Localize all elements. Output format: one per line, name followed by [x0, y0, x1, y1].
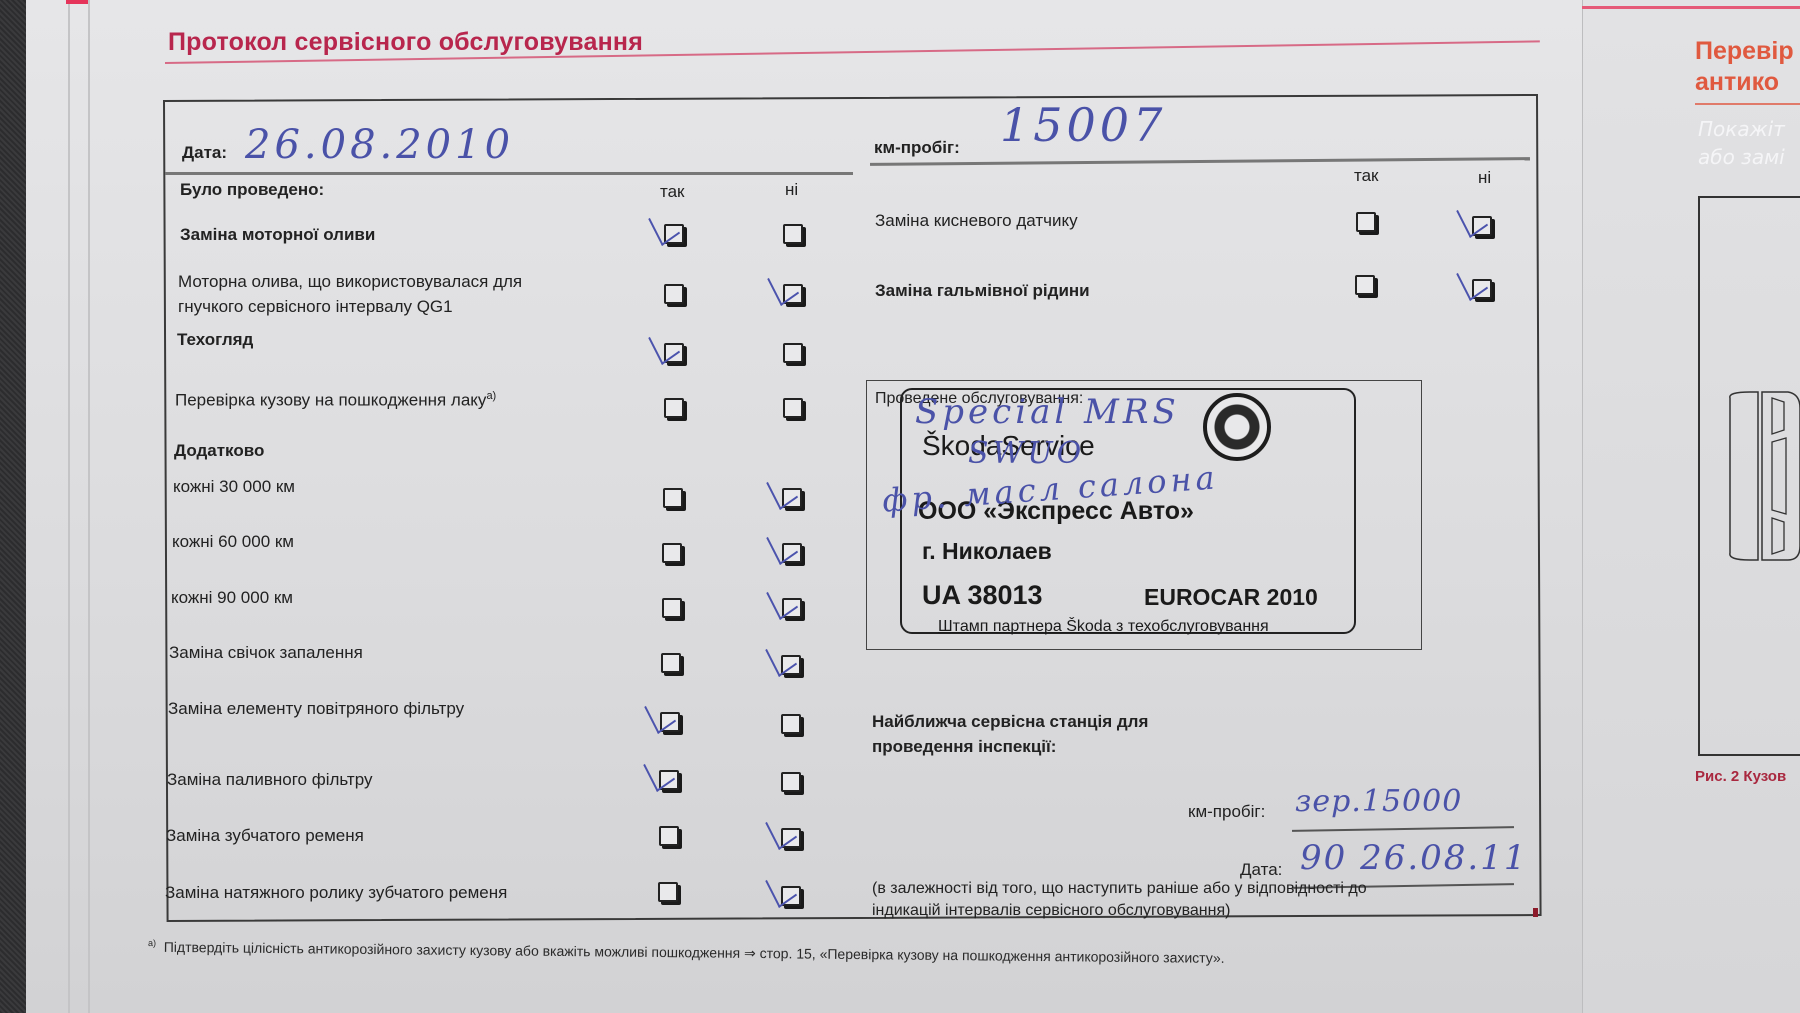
checkbox-qg1-oil-no[interactable]	[783, 284, 803, 304]
item-fuel-filter: Заміна паливного фільтру	[167, 770, 372, 790]
checkbox-tensioner-no[interactable]	[781, 886, 801, 906]
checkbox-30000-no[interactable]	[782, 488, 802, 508]
checkbox-tensioner-yes[interactable]	[658, 882, 678, 902]
col-no-header-right: ні	[1478, 168, 1491, 188]
checkbox-60000-no[interactable]	[782, 543, 802, 563]
checkbox-engine-oil-yes[interactable]	[664, 224, 684, 244]
item-air-filter: Заміна елементу повітряного фільтру	[168, 699, 464, 719]
next-date-label: Дата:	[1240, 860, 1282, 880]
red-tab	[66, 0, 88, 4]
handwritten-note-2: SWUO	[968, 436, 1085, 471]
item-body-paint-check-text: Перевірка кузову на пошкодження лаку	[175, 391, 486, 410]
right-intro-line1: Покажіт	[1698, 115, 1785, 143]
performed-heading: Було проведено:	[180, 180, 324, 200]
mileage-label: км-пробіг:	[874, 138, 960, 158]
checkbox-inspection-no[interactable]	[783, 343, 803, 363]
page-edge-line	[68, 0, 70, 1013]
checkbox-30000-yes[interactable]	[663, 488, 683, 508]
item-timing-belt: Заміна зубчатого ременя	[166, 826, 364, 846]
next-mileage-value[interactable]: зер.15000	[1295, 784, 1462, 819]
stamp-postal: UA 38013	[922, 580, 1043, 611]
next-service-note-1: (в залежності від того, що наступить ран…	[872, 880, 1367, 898]
figure-caption: Рис. 2 Кузов	[1695, 768, 1786, 785]
date-value[interactable]: 26.08.2010	[245, 122, 514, 168]
right-title-line2: антико	[1695, 67, 1794, 98]
handwritten-note-1: Special MRS	[915, 392, 1180, 432]
checkbox-oxygen-sensor-yes[interactable]	[1356, 212, 1376, 232]
item-spark-plugs: Заміна свічок запалення	[169, 643, 363, 663]
col-yes-header-right: так	[1354, 166, 1379, 186]
right-page-title: Перевірантико	[1695, 36, 1794, 98]
page-edge-line	[88, 0, 90, 1013]
stamp-city: г. Николаев	[922, 538, 1052, 565]
additional-heading: Додатково	[174, 441, 264, 461]
right-page-intro: Покажітабо замі	[1698, 115, 1785, 171]
item-every-90000: кожні 90 000 км	[171, 588, 293, 608]
item-every-60000: кожні 60 000 км	[172, 532, 294, 552]
stamp-dealer: EUROCAR 2010	[1144, 584, 1318, 611]
checkbox-inspection-yes[interactable]	[664, 343, 684, 363]
checkbox-60000-yes[interactable]	[662, 543, 682, 563]
checkbox-engine-oil-no[interactable]	[783, 224, 803, 244]
page-title: Протокол сервісного обслуговування	[168, 28, 643, 57]
stamp-footer: Штамп партнера Škoda з техобслуговування	[938, 618, 1269, 636]
date-label: Дата:	[182, 143, 227, 163]
skoda-logo-icon	[1203, 393, 1271, 461]
item-inspection: Техогляд	[177, 330, 253, 350]
next-mileage-label: км-пробіг:	[1188, 802, 1265, 822]
checkbox-air-filter-yes[interactable]	[660, 712, 680, 732]
date-rule	[165, 172, 853, 175]
item-tensioner-roller: Заміна натяжного ролику зубчатого ременя	[165, 883, 507, 903]
item-brake-fluid: Заміна гальмівної рідини	[875, 281, 1090, 301]
checkbox-oxygen-sensor-no[interactable]	[1472, 216, 1492, 236]
checkbox-qg1-oil-yes[interactable]	[664, 284, 684, 304]
col-no-header: ні	[785, 180, 798, 200]
checkbox-air-filter-no[interactable]	[781, 714, 801, 734]
next-date-value[interactable]: 90 26.08.11	[1300, 838, 1527, 878]
checkbox-90000-no[interactable]	[782, 598, 802, 618]
right-title-rule	[1695, 103, 1800, 105]
checkbox-fuel-filter-yes[interactable]	[659, 770, 679, 790]
car-outline-icon	[1700, 198, 1800, 754]
item-body-paint-check: Перевірка кузову на пошкодження лакуa)	[175, 390, 496, 411]
item-engine-oil: Заміна моторної оливи	[180, 225, 375, 245]
checkbox-fuel-filter-no[interactable]	[781, 772, 801, 792]
right-page-red-tab	[1582, 6, 1800, 9]
footnote-mark: a)	[148, 938, 156, 948]
background-fabric	[0, 0, 28, 1013]
next-service-note-2: індикацій інтервалів сервісного обслугов…	[872, 902, 1230, 920]
checkbox-body-paint-no[interactable]	[783, 398, 803, 418]
checkbox-timing-belt-no[interactable]	[781, 828, 801, 848]
right-intro-line2: або замі	[1698, 143, 1785, 171]
red-page-marker	[1533, 908, 1538, 917]
checkbox-timing-belt-yes[interactable]	[659, 826, 679, 846]
checkbox-body-paint-yes[interactable]	[664, 398, 684, 418]
col-yes-header: так	[660, 182, 685, 202]
next-service-heading-1: Найближча сервісна станція для	[872, 712, 1148, 732]
item-oxygen-sensor: Заміна кисневого датчику	[875, 211, 1078, 231]
item-every-30000: кожні 30 000 км	[173, 477, 295, 497]
footnote-ref: a)	[486, 390, 496, 402]
checkbox-90000-yes[interactable]	[662, 598, 682, 618]
item-qg1-oil-line2: гнучкого сервісного інтервалу QG1	[178, 297, 453, 317]
item-qg1-oil-line1: Моторна олива, що використовувалася для	[178, 272, 522, 292]
car-body-figure	[1698, 196, 1800, 756]
right-title-line1: Перевір	[1695, 36, 1794, 67]
checkbox-spark-plugs-no[interactable]	[781, 655, 801, 675]
checkbox-spark-plugs-yes[interactable]	[661, 653, 681, 673]
checkbox-brake-fluid-no[interactable]	[1472, 279, 1492, 299]
checkbox-brake-fluid-yes[interactable]	[1355, 275, 1375, 295]
next-service-heading-2: проведення інспекції:	[872, 737, 1056, 757]
mileage-value[interactable]: 15007	[1000, 98, 1166, 152]
